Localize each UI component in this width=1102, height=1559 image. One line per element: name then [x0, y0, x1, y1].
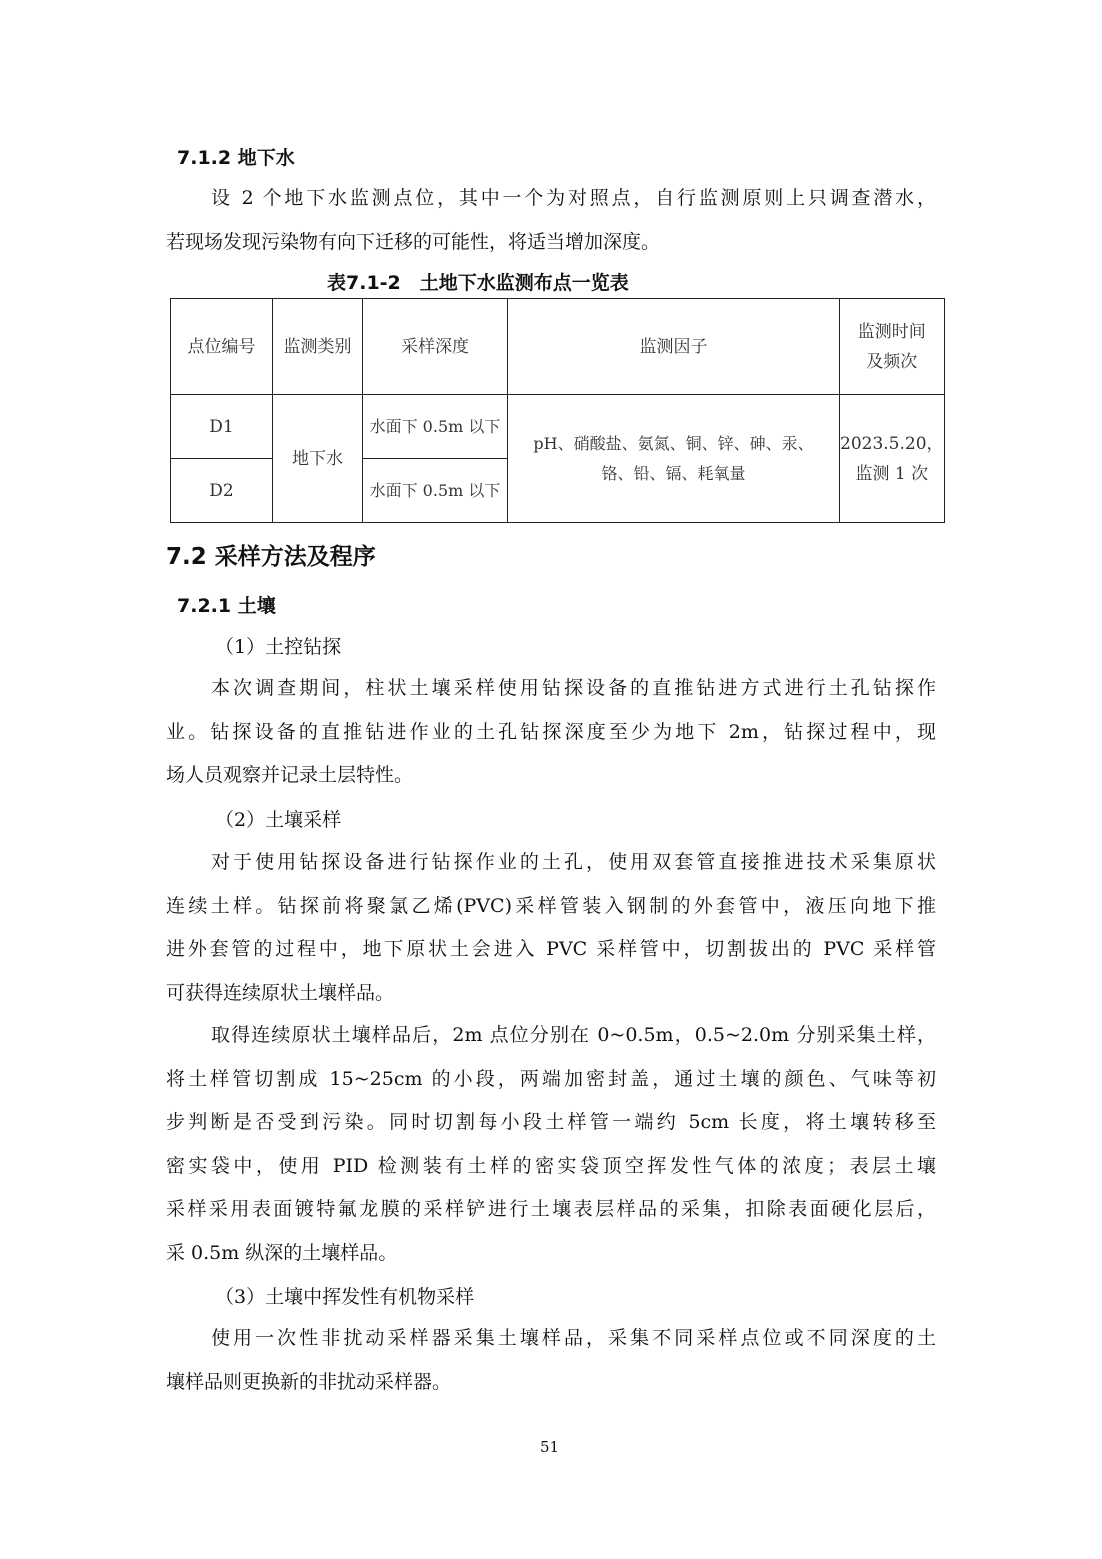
section-heading-7-1-2: 7.1.2 地下水	[177, 143, 295, 170]
soil-sampling-paragraph-1: 对于使用钻探设备进行钻探作业的土孔，使用双套管直接推进技术采集原状 连续土样。钻…	[166, 841, 936, 1015]
paragraph-line: 本次调查期间，柱状土壤采样使用钻探设备的直推钻进方式进行土孔钻探作	[166, 667, 936, 711]
header-factors: 监测因子	[508, 299, 840, 395]
paragraph-line: 将土样管切割成 15~25cm 的小段，两端加密封盖，通过土壤的颜色、气味等初	[166, 1058, 936, 1102]
paragraph-line: 连续土样。钻探前将聚氯乙烯(PVC)采样管装入钢制的外套管中，液压向地下推	[166, 885, 936, 929]
paragraph-line: 设 2 个地下水监测点位，其中一个为对照点，自行监测原则上只调查潜水，	[166, 177, 936, 221]
paragraph-line: 可获得连续原状土壤样品。	[166, 972, 936, 1016]
paragraph-line: 密实袋中，使用 PID 检测装有土样的密实袋顶空挥发性气体的浓度；表层土壤	[166, 1145, 936, 1189]
cell-category: 地下水	[273, 395, 363, 523]
header-depth: 采样深度	[363, 299, 508, 395]
groundwater-paragraph: 设 2 个地下水监测点位，其中一个为对照点，自行监测原则上只调查潜水， 若现场发…	[166, 177, 936, 264]
header-point-id: 点位编号	[171, 299, 273, 395]
cell-point-id: D1	[171, 395, 273, 459]
header-time-line: 监测时间	[840, 317, 944, 347]
section-heading-7-2: 7.2 采样方法及程序	[166, 538, 376, 571]
cell-depth: 水面下 0.5m 以下	[363, 395, 508, 459]
paragraph-line: 若现场发现污染物有向下迁移的可能性，将适当增加深度。	[166, 221, 936, 265]
time-line: 2023.5.20，	[840, 429, 944, 459]
subsection-title-voc-sampling: （3）土壤中挥发性有机物采样	[215, 1282, 474, 1309]
paragraph-line: 取得连续原状土壤样品后，2m 点位分别在 0~0.5m，0.5~2.0m 分别采…	[166, 1014, 936, 1058]
header-time-frequency: 监测时间 及频次	[840, 299, 945, 395]
time-line: 监测 1 次	[840, 459, 944, 489]
cell-depth: 水面下 0.5m 以下	[363, 459, 508, 523]
header-time-line: 及频次	[840, 347, 944, 377]
section-heading-7-2-1: 7.2.1 土壤	[177, 591, 276, 618]
header-category: 监测类别	[273, 299, 363, 395]
paragraph-line: 对于使用钻探设备进行钻探作业的土孔，使用双套管直接推进技术采集原状	[166, 841, 936, 885]
paragraph-line: 场人员观察并记录土层特性。	[166, 754, 936, 798]
cell-time-frequency: 2023.5.20， 监测 1 次	[840, 395, 945, 523]
drilling-paragraph: 本次调查期间，柱状土壤采样使用钻探设备的直推钻进方式进行土孔钻探作 业。钻探设备…	[166, 667, 936, 798]
paragraph-line: 步判断是否受到污染。同时切割每小段土样管一端约 5cm 长度，将土壤转移至	[166, 1101, 936, 1145]
page-number: 51	[540, 1438, 559, 1456]
table-caption: 表7.1-2 土地下水监测布点一览表	[327, 268, 629, 295]
paragraph-line: 业。钻探设备的直推钻进作业的土孔钻探深度至少为地下 2m，钻探过程中，现	[166, 711, 936, 755]
cell-point-id: D2	[171, 459, 273, 523]
table-header-row: 点位编号 监测类别 采样深度 监测因子 监测时间 及频次	[171, 299, 945, 395]
factors-line: pH、硝酸盐、氨氮、铜、锌、砷、汞、	[508, 429, 839, 459]
paragraph-line: 进外套管的过程中，地下原状土会进入 PVC 采样管中，切割拔出的 PVC 采样管	[166, 928, 936, 972]
paragraph-line: 采样采用表面镀特氟龙膜的采样铲进行土壤表层样品的采集，扣除表面硬化层后，	[166, 1188, 936, 1232]
subsection-title-soil-sampling: （2）土壤采样	[215, 805, 341, 832]
paragraph-line: 使用一次性非扰动采样器采集土壤样品，采集不同采样点位或不同深度的土	[166, 1317, 936, 1361]
table-row: D1 地下水 水面下 0.5m 以下 pH、硝酸盐、氨氮、铜、锌、砷、汞、 铬、…	[171, 395, 945, 459]
voc-sampling-paragraph: 使用一次性非扰动采样器采集土壤样品，采集不同采样点位或不同深度的土 壤样品则更换…	[166, 1317, 936, 1404]
subsection-title-drilling: （1）土控钻探	[215, 632, 341, 659]
groundwater-monitoring-table: 点位编号 监测类别 采样深度 监测因子 监测时间 及频次 D1 地下水 水面下 …	[170, 298, 945, 523]
cell-factors: pH、硝酸盐、氨氮、铜、锌、砷、汞、 铬、铅、镉、耗氧量	[508, 395, 840, 523]
paragraph-line: 采 0.5m 纵深的土壤样品。	[166, 1232, 936, 1276]
factors-line: 铬、铅、镉、耗氧量	[508, 459, 839, 489]
paragraph-line: 壤样品则更换新的非扰动采样器。	[166, 1361, 936, 1405]
soil-sampling-paragraph-2: 取得连续原状土壤样品后，2m 点位分别在 0~0.5m，0.5~2.0m 分别采…	[166, 1014, 936, 1275]
